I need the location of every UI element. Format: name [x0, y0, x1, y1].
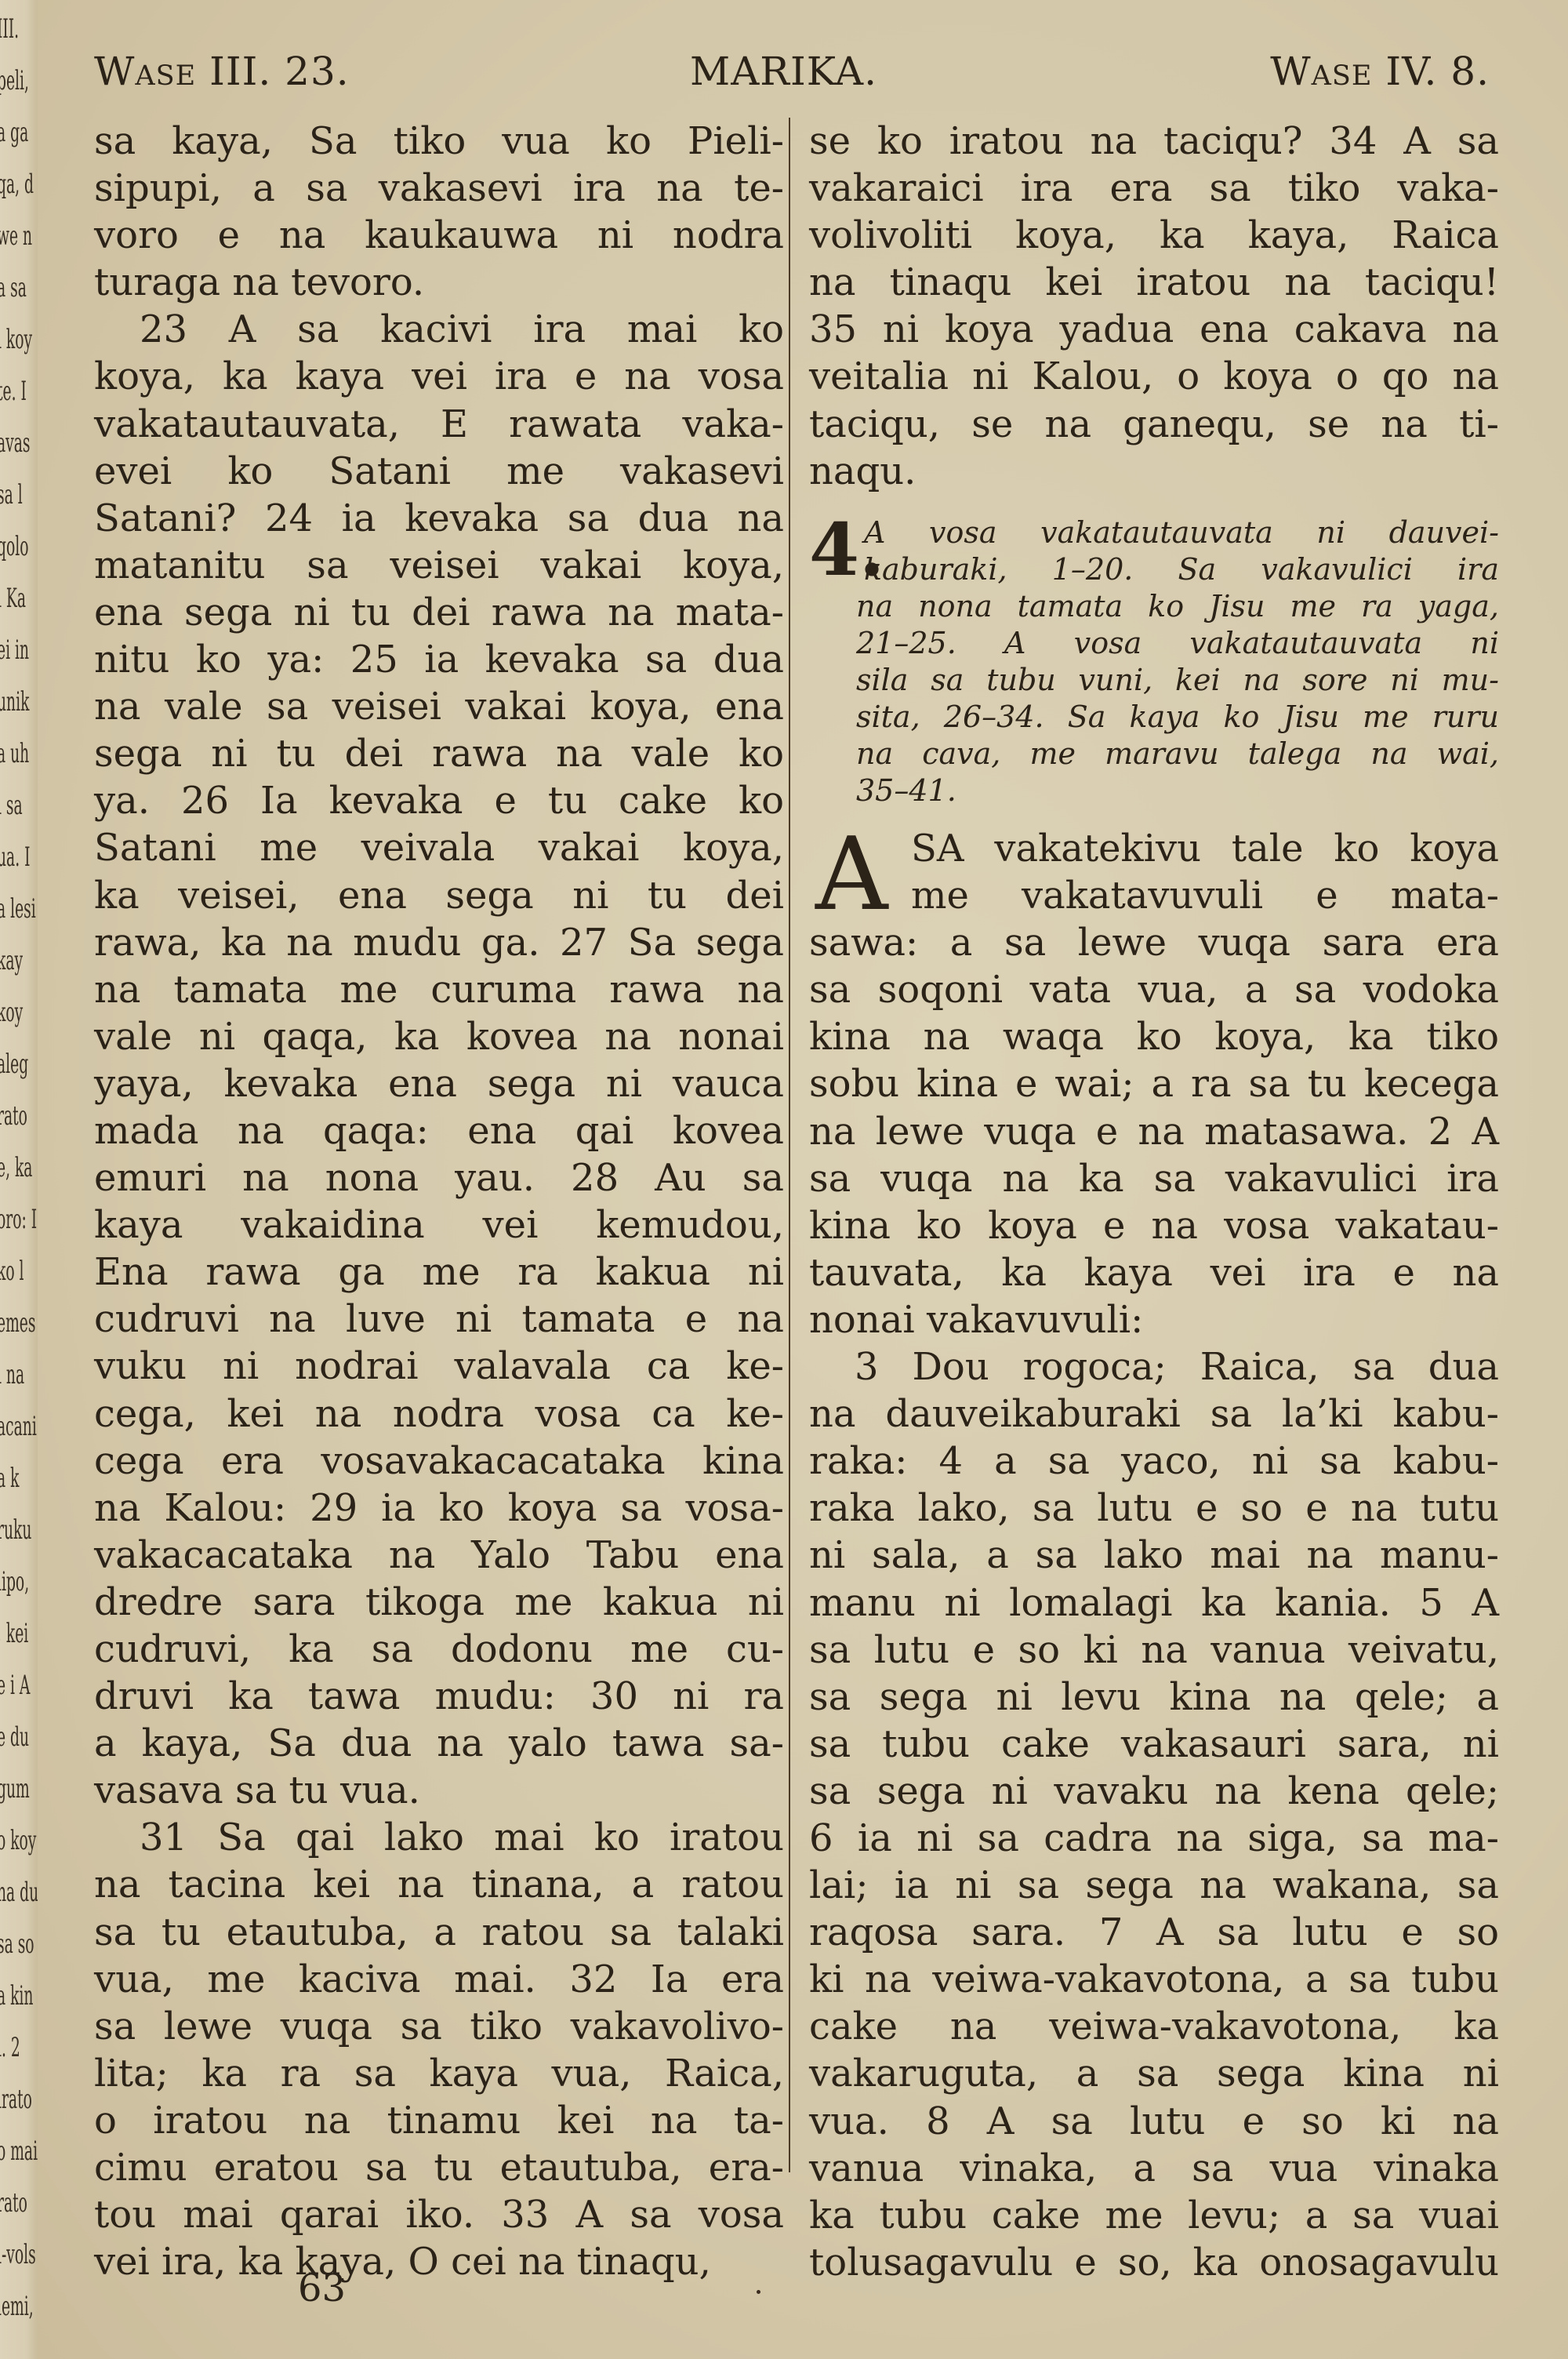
text-line: a kaya, Sa dua na yalo tawa sa-	[94, 1720, 784, 1767]
summary-line: sila sa tubu vuni, kei na sore ni mu-	[856, 661, 1499, 699]
text-line: tolusagavulu e so, ka onosagavulu	[809, 2239, 1499, 2286]
text-line: lai; ia ni sa sega na wakana, sa	[809, 1862, 1499, 1909]
text-line: sa lewe vuqa sa tiko vakavolivo-	[94, 2003, 784, 2050]
prev-page-fragment: a lesi	[0, 896, 36, 922]
prev-page-fragment: i sa	[0, 792, 23, 819]
text-line: 31 Sa qai lako mai ko iratou	[94, 1814, 784, 1861]
prev-page-fragment: i na	[0, 1361, 24, 1388]
text-line: cudruvi, ka sa dodonu me cu-	[94, 1626, 784, 1673]
text-line: naqu.	[809, 448, 1499, 495]
prev-page-fragment: oro: I	[0, 1206, 37, 1233]
prev-page-fragment: i. 2	[0, 2034, 20, 2061]
text-line: kina na waqa ko koya, ka tiko	[809, 1013, 1499, 1060]
text-line: druvi ka tawa mudu: 30 ni ra	[94, 1673, 784, 1720]
text-line: na dauveikaburaki sa la’ki kabu-	[809, 1390, 1499, 1438]
text-line: kaya vakaidina vei kemudou,	[94, 1201, 784, 1249]
text-line: veitalia ni Kalou, o koya o qo na	[809, 353, 1499, 400]
text-line: sa sega ni vavaku na kena qele;	[809, 1768, 1499, 1815]
text-line: na tinaqu kei iratou na taciqu!	[809, 259, 1499, 306]
text-line: raka lako, sa lutu e so e na tutu	[809, 1485, 1499, 1532]
text-line: 6 ia ni sa cadra na siga, sa ma-	[809, 1815, 1499, 1862]
text-line: matanitu sa veisei vakai koya,	[94, 542, 784, 589]
running-header: Wase III. 23. MARIKA. Wase IV. 8.	[94, 49, 1490, 104]
prev-page-fragment: e, ka	[0, 1154, 32, 1181]
text-line: vua. 8 A sa lutu e so ki na	[809, 2098, 1499, 2145]
text-line: vakaruguta, a sa sega kina ni	[809, 2050, 1499, 2097]
text-line: ni sala, a sa lako mai na manu-	[809, 1532, 1499, 1579]
text-line: vasava sa tu vua.	[94, 1767, 784, 1814]
prev-page-fragment: sa so	[0, 1931, 34, 1957]
prev-page-fragment: ei in	[0, 637, 29, 663]
prev-page-fragment: rato	[0, 1103, 27, 1129]
prev-page-fragment: a kin	[0, 1983, 33, 2009]
prev-page-fragment: avas	[0, 430, 30, 456]
text-line: cega, kei na nodra vosa ca ke-	[94, 1390, 784, 1438]
chapter-summary: 4. A vosa vakatautauvata ni dauvei-kabur…	[809, 514, 1499, 812]
prev-page-fragment: qolo	[0, 533, 28, 560]
header-right-prefix: Wase	[1270, 49, 1372, 94]
text-line: rawa, ka na mudu ga. 27 Sa sega	[94, 919, 784, 966]
text-line: 23 A sa kacivi ira mai ko	[94, 306, 784, 353]
prev-page-fragment: i Ka	[0, 585, 26, 612]
text-line: volivoliti koya, ka kaya, Raica	[809, 212, 1499, 259]
text-line: taciqu, se na ganequ, se na ti-	[809, 401, 1499, 448]
text-line: ka tubu cake me levu; a sa vuai	[809, 2192, 1499, 2239]
text-line: vale ni qaqa, ka kovea na nonai	[94, 1013, 784, 1060]
prev-page-fragment: koy	[0, 999, 23, 1026]
text-line: sobu kina e wai; a ra sa tu kecega	[809, 1060, 1499, 1107]
prev-page-fragment: emes	[0, 1310, 35, 1336]
text-line: ena sega ni tu dei rawa na mata-	[94, 589, 784, 636]
text-line: sa lutu e so ki na vanua veivatu,	[809, 1627, 1499, 1674]
prev-page-fragment: lipo,	[0, 1568, 29, 1595]
summary-line: 35–41.	[856, 772, 956, 809]
text-line: na lewe vuqa e na matasawa. 2 A	[809, 1108, 1499, 1155]
text-line: 3 Dou rogoca; Raica, sa dua	[809, 1343, 1499, 1390]
text-line: sawa: a sa lewe vuqa sara era	[809, 919, 1499, 966]
column-divider	[789, 118, 790, 2172]
prev-page-fragment: qa, d	[0, 171, 34, 198]
prev-page-fragment: a ga	[0, 119, 28, 146]
text-line: sa tubu cake vakasauri sara, ni	[809, 1721, 1499, 1768]
right-column-body: SA vakatekivu tale ko koyame vakatavuvul…	[809, 825, 1499, 2286]
header-left-prefix: Wase	[94, 49, 196, 94]
prev-page-fragment: a k	[0, 1465, 19, 1492]
print-mark	[757, 2290, 760, 2294]
prev-page-fragment: a uh	[0, 740, 29, 767]
prev-page-fragment: o mai	[0, 2138, 38, 2165]
text-line: nitu ko ya: 25 ia kevaka sa dua	[94, 636, 784, 683]
prev-page-fragment: na du	[0, 1879, 38, 1906]
prev-page-fragment: o koy	[0, 1827, 36, 1854]
summary-line: sita, 26–34. Sa kaya ko Jisu me ruru	[856, 698, 1499, 736]
prev-page-fragment: acani	[0, 1413, 37, 1440]
text-line: vanua vinaka, a sa vua vinaka	[809, 2145, 1499, 2192]
prev-page-fragment: unik	[0, 689, 29, 715]
text-line: se ko iratou na taciqu? 34 A sa	[809, 118, 1499, 165]
text-line: Ena rawa ga me ra kakua ni	[94, 1249, 784, 1296]
text-line: raka: 4 a sa yaco, ni sa kabu-	[809, 1438, 1499, 1485]
text-line: vakatautauvata, E rawata vaka-	[94, 401, 784, 448]
text-line: ki na veiwa-vakavotona, a sa tubu	[809, 1956, 1499, 2003]
prev-page-fragment: i-vols	[0, 2241, 36, 2268]
right-column-top: se ko iratou na taciqu? 34 A savakaraici…	[809, 118, 1499, 495]
text-line: ka veisei, ena sega ni tu dei	[94, 872, 784, 919]
text-line: SA vakatekivu tale ko koya	[809, 825, 1499, 872]
text-line: mada na qaqa: ena qai kovea	[94, 1107, 784, 1154]
text-line: koya, ka kaya vei ira e na vosa	[94, 353, 784, 400]
prev-page-fragment: , kei	[0, 1620, 28, 1647]
prev-page-fragment: irato	[0, 2086, 32, 2113]
text-line: tauvata, ka kaya vei ira e na	[809, 1249, 1499, 1296]
prev-page-fragment: e du	[0, 1724, 29, 1750]
text-line: yaya, kevaka ena sega ni vauca	[94, 1060, 784, 1107]
text-line: emuri na nona yau. 28 Au sa	[94, 1154, 784, 1201]
prev-page-fragment: a sa	[0, 274, 27, 301]
text-line: sega ni tu dei rawa na vale ko	[94, 730, 784, 777]
text-line: na Kalou: 29 ia ko koya sa vosa-	[94, 1485, 784, 1532]
header-left-reference: Wase III. 23.	[94, 49, 350, 94]
text-line: tou mai qarai iko. 33 A sa vosa	[94, 2191, 784, 2238]
text-line: me vakatavuvuli e mata-	[809, 872, 1499, 919]
summary-line: 21–25. A vosa vakatautauvata ni	[856, 624, 1499, 662]
text-line: cudruvi na luve ni tamata e na	[94, 1296, 784, 1343]
text-line: na tamata me curuma rawa na	[94, 966, 784, 1013]
text-line: cega era vosavakacacataka kina	[94, 1438, 784, 1485]
text-line: nonai vakavuvuli:	[809, 1296, 1499, 1343]
text-line: vei ira, ka kaya, O cei na tinaqu,	[94, 2238, 784, 2285]
text-line: vuku ni nodrai valavala ca ke-	[94, 1343, 784, 1390]
prev-page-fragment: lemi,	[0, 2293, 34, 2320]
text-line: sa sega ni levu kina na qele; a	[809, 1674, 1499, 1721]
book-title: MARIKA.	[690, 49, 877, 94]
text-line: sa vuqa na ka sa vakavulici ira	[809, 1155, 1499, 1202]
text-line: sa kaya, Sa tiko vua ko Pieli-	[94, 118, 784, 165]
text-line: voro e na kaukauwa ni nodra	[94, 212, 784, 259]
prev-page-fragment: gum	[0, 1776, 30, 1802]
text-line: manu ni lomalagi ka kania. 5 A	[809, 1579, 1499, 1627]
text-line: raqosa sara. 7 A sa lutu e so	[809, 1909, 1499, 1956]
prev-page-fragment: sa l	[0, 482, 23, 508]
text-line: dredre sara tikoga me kakua ni	[94, 1579, 784, 1626]
text-line: vakacacataka na Yalo Tabu ena	[94, 1532, 784, 1579]
summary-line: na nona tamata ko Jisu me ra yaga,	[856, 587, 1499, 625]
header-left-ref: III. 23.	[209, 49, 350, 94]
summary-line: na cava, me maravu talega na wai,	[856, 735, 1499, 772]
text-line: lita; ka ra sa kaya vua, Raica,	[94, 2050, 784, 2097]
prev-page-fragment: rato	[0, 2190, 27, 2216]
text-line: sa tu etautuba, a ratou sa talaki	[94, 1909, 784, 1956]
header-right-ref: IV. 8.	[1385, 49, 1490, 94]
text-line: evei ko Satani me vakasevi	[94, 448, 784, 495]
text-line: na vale sa veisei vakai koya, ena	[94, 683, 784, 730]
prev-page-fragment: III.	[0, 16, 19, 42]
text-line: sipupi, a sa vakasevi ira na te-	[94, 165, 784, 212]
text-line: vua, me kaciva mai. 32 Ia era	[94, 1956, 784, 2003]
prev-page-fragment: ko l	[0, 1258, 24, 1285]
prev-page-fragment: we n	[0, 223, 32, 249]
text-line: na tacina kei na tinana, a ratou	[94, 1861, 784, 1908]
text-line: o iratou na tinamu kei na ta-	[94, 2097, 784, 2144]
prev-page-fragment: te. I	[0, 378, 27, 405]
summary-line: kaburaki, 1–20. Sa vakavulici ira	[864, 551, 1499, 588]
summary-line: A vosa vakatautauvata ni dauvei-	[864, 514, 1499, 551]
prev-page-fragment: ua. I	[0, 844, 30, 871]
text-line: vakaraici ira era sa tiko vaka-	[809, 165, 1499, 212]
previous-page-edge: III.peli,a gaqa, dwe na sai koyte. Iavas…	[0, 0, 38, 2359]
prev-page-fragment: ruku	[0, 1517, 31, 1543]
prev-page-fragment: aleg	[0, 1051, 28, 1078]
page-number: 63	[298, 2266, 346, 2310]
header-right-reference: Wase IV. 8.	[1270, 49, 1490, 94]
text-line: turaga na tevoro.	[94, 259, 784, 306]
prev-page-fragment: e i A	[0, 1672, 30, 1699]
text-line: Satani me veivala vakai koya,	[94, 824, 784, 871]
text-line: cake na veiwa-vakavotona, ka	[809, 2003, 1499, 2050]
text-line: ya. 26 Ia kevaka e tu cake ko	[94, 777, 784, 824]
prev-page-fragment: kay	[0, 947, 23, 974]
left-column: sa kaya, Sa tiko vua ko Pieli-sipupi, a …	[94, 118, 784, 2285]
text-line: Satani? 24 ia kevaka sa dua na	[94, 495, 784, 542]
text-line: sa soqoni vata vua, a sa vodoka	[809, 966, 1499, 1013]
text-line: cimu eratou sa tu etautuba, era-	[94, 2144, 784, 2191]
text-line: 35 ni koya yadua ena cakava na	[809, 306, 1499, 353]
prev-page-fragment: peli,	[0, 67, 29, 94]
text-line: kina ko koya e na vosa vakatau-	[809, 1202, 1499, 1249]
prev-page-fragment: i koy	[0, 326, 32, 353]
